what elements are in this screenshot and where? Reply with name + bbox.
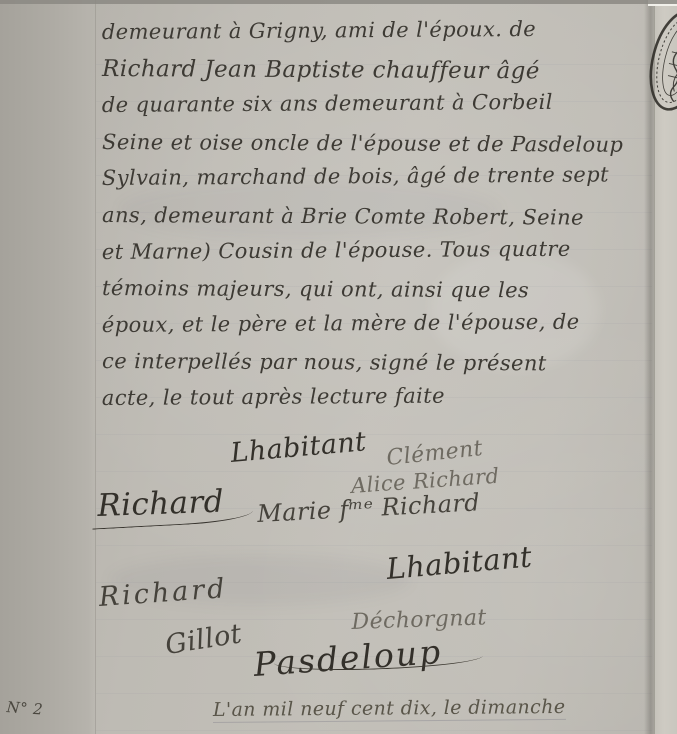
handwritten-line: et Marne) Cousin de l'épouse. Tous quatr… <box>102 230 623 270</box>
handwritten-paragraph: demeurant à Grigny, ami de l'époux. de R… <box>102 14 623 417</box>
handwritten-line: Sylvain, marchand de bois, âgé de trente… <box>102 157 623 197</box>
signature-dechorgnat: Déchorgnat <box>351 605 487 635</box>
handwritten-line: demeurant à Grigny, ami de l'époux. de <box>102 10 623 50</box>
scan-top-edge <box>0 0 677 4</box>
handwritten-line: de quarante six ans demeurant à Corbeil <box>102 84 623 124</box>
page-left-margin <box>0 0 96 734</box>
signature-richard-1: Richard <box>97 484 225 524</box>
act-number-margin-note: N° 2 <box>6 698 44 719</box>
scanned-register-page: demeurant à Grigny, ami de l'époux. de R… <box>0 0 677 734</box>
next-act-opening-line: L'an mil neuf cent dix, le dimanche <box>213 696 566 723</box>
official-oval-stamp-icon <box>646 3 677 118</box>
handwritten-line: époux, et le père et la mère de l'épouse… <box>102 303 623 343</box>
handwritten-line: acte, le tout après lecture faite <box>102 376 623 416</box>
